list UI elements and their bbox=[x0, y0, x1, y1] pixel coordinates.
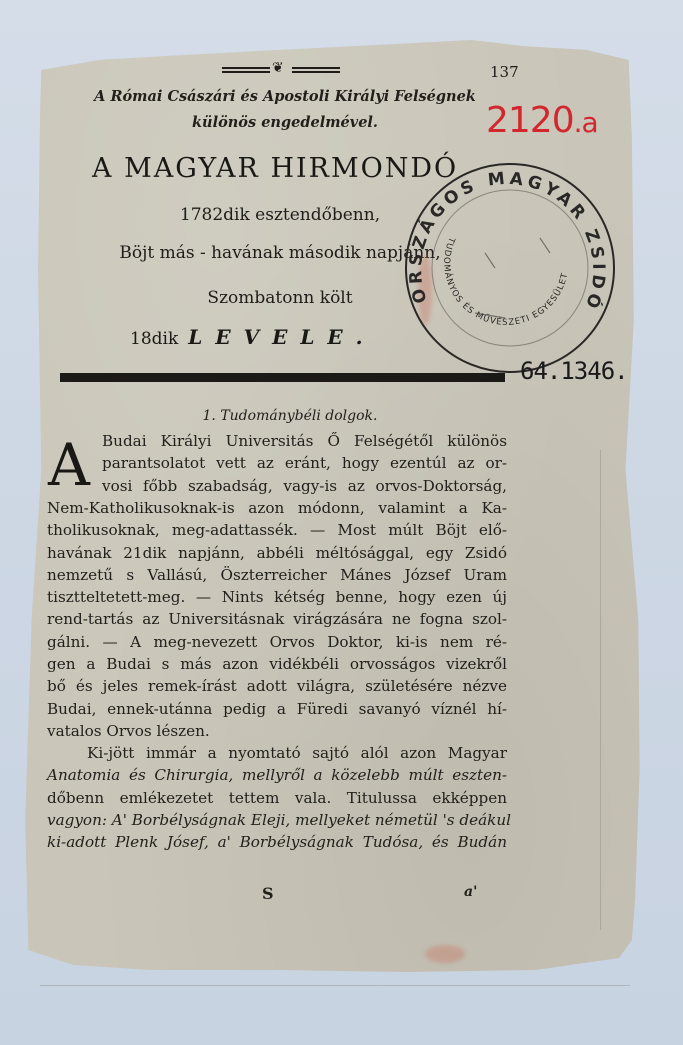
text-line: vosi főbb szabadság, vagy-is az orvos-Do… bbox=[102, 475, 507, 497]
text-line: gen a Budai s más azon vidékbéli orvossá… bbox=[47, 653, 507, 675]
svg-text:ORSZÁGOS MAGYAR ZSIDÓ MÚZEUM: ORSZÁGOS MAGYAR ZSIDÓ MÚZEUM bbox=[400, 158, 608, 325]
text-line: ki-adott Plenk Jósef, a' Borbélyságnak T… bbox=[47, 831, 507, 853]
paragraph-2: Ki-jött immár a nyomtató sajtó alól azon… bbox=[47, 742, 507, 853]
text-line: Anatomia és Chirurgia, mellyről a közele… bbox=[47, 764, 507, 786]
text-line: tholikusoknak, meg-adattassék. — Most mú… bbox=[47, 519, 507, 541]
text-line: Budai, ennek-utánna pedig a Füredi savan… bbox=[47, 698, 507, 720]
paragraph-1: Nem-Katholikusoknak-is azon módonn, vala… bbox=[47, 497, 507, 742]
svg-text:TUDOMÁNYOS ÉS MŰVÉSZETI EGYESÜ: TUDOMÁNYOS ÉS MŰVÉSZETI EGYESÜLET bbox=[441, 235, 570, 328]
text-line: parantsolatot vett az eránt, hogy ezentú… bbox=[102, 452, 507, 474]
page-number: 137 bbox=[490, 63, 519, 81]
text-line: vatalos Orvos lészen. bbox=[47, 720, 507, 742]
catchword: a' bbox=[464, 884, 477, 900]
museum-stamp-icon: ORSZÁGOS MAGYAR ZSIDÓ MÚZEUM TUDOMÁNYOS … bbox=[400, 158, 620, 378]
text-line: Budai Királyi Universitás Ő Felségétől k… bbox=[102, 430, 507, 452]
text-line: rend-tartás az Universitásnak virágzásár… bbox=[47, 608, 507, 630]
issue-number: 18dik bbox=[130, 329, 178, 349]
drop-cap: A bbox=[48, 436, 90, 494]
section-heading: 1. Tudománybéli dolgok. bbox=[100, 408, 480, 424]
issue-line: 18dikLEVELE. bbox=[130, 325, 376, 349]
text-line: havának 21dik napjánn, abbéli méltóságga… bbox=[47, 542, 507, 564]
text-line: vagyon: A' Borbélyságnak Eleji, mellyeke… bbox=[47, 809, 507, 831]
fleuron-icon: ❦ bbox=[272, 60, 284, 76]
stain bbox=[425, 945, 465, 963]
paragraph-1-intro: Budai Királyi Universitás Ő Felségétől k… bbox=[102, 430, 507, 497]
privilege-line-1: A Római Császári és Apostoli Királyi Fel… bbox=[80, 88, 490, 105]
text-line: bő és jeles remek-írást adott világra, s… bbox=[47, 675, 507, 697]
text-line: Nem-Katholikusoknak-is azon módonn, vala… bbox=[47, 497, 507, 519]
handwritten-catalog-number: 64.1346. bbox=[520, 357, 628, 385]
privilege-line-2: különös engedelmével. bbox=[80, 114, 490, 131]
paper-crease bbox=[40, 985, 630, 986]
paper-crease bbox=[600, 450, 601, 930]
text-line: dőbenn emlékezetet tettem vala. Tituluss… bbox=[47, 787, 507, 809]
text-line: gálni. — A meg-nevezett Orvos Doktor, ki… bbox=[47, 631, 507, 653]
signature-mark: S bbox=[262, 884, 274, 903]
text-line: nemzetű s Vallású, Öszterreicher Mánes J… bbox=[47, 564, 507, 586]
red-inventory-number: 2120.a bbox=[486, 100, 598, 141]
header-ornament: ❦ bbox=[222, 64, 340, 76]
text-line: Ki-jött immár a nyomtató sajtó alól azon… bbox=[47, 742, 507, 764]
text-line: tisztteltetett-meg. — Nints kétség benne… bbox=[47, 586, 507, 608]
issue-word: LEVELE. bbox=[188, 325, 375, 349]
